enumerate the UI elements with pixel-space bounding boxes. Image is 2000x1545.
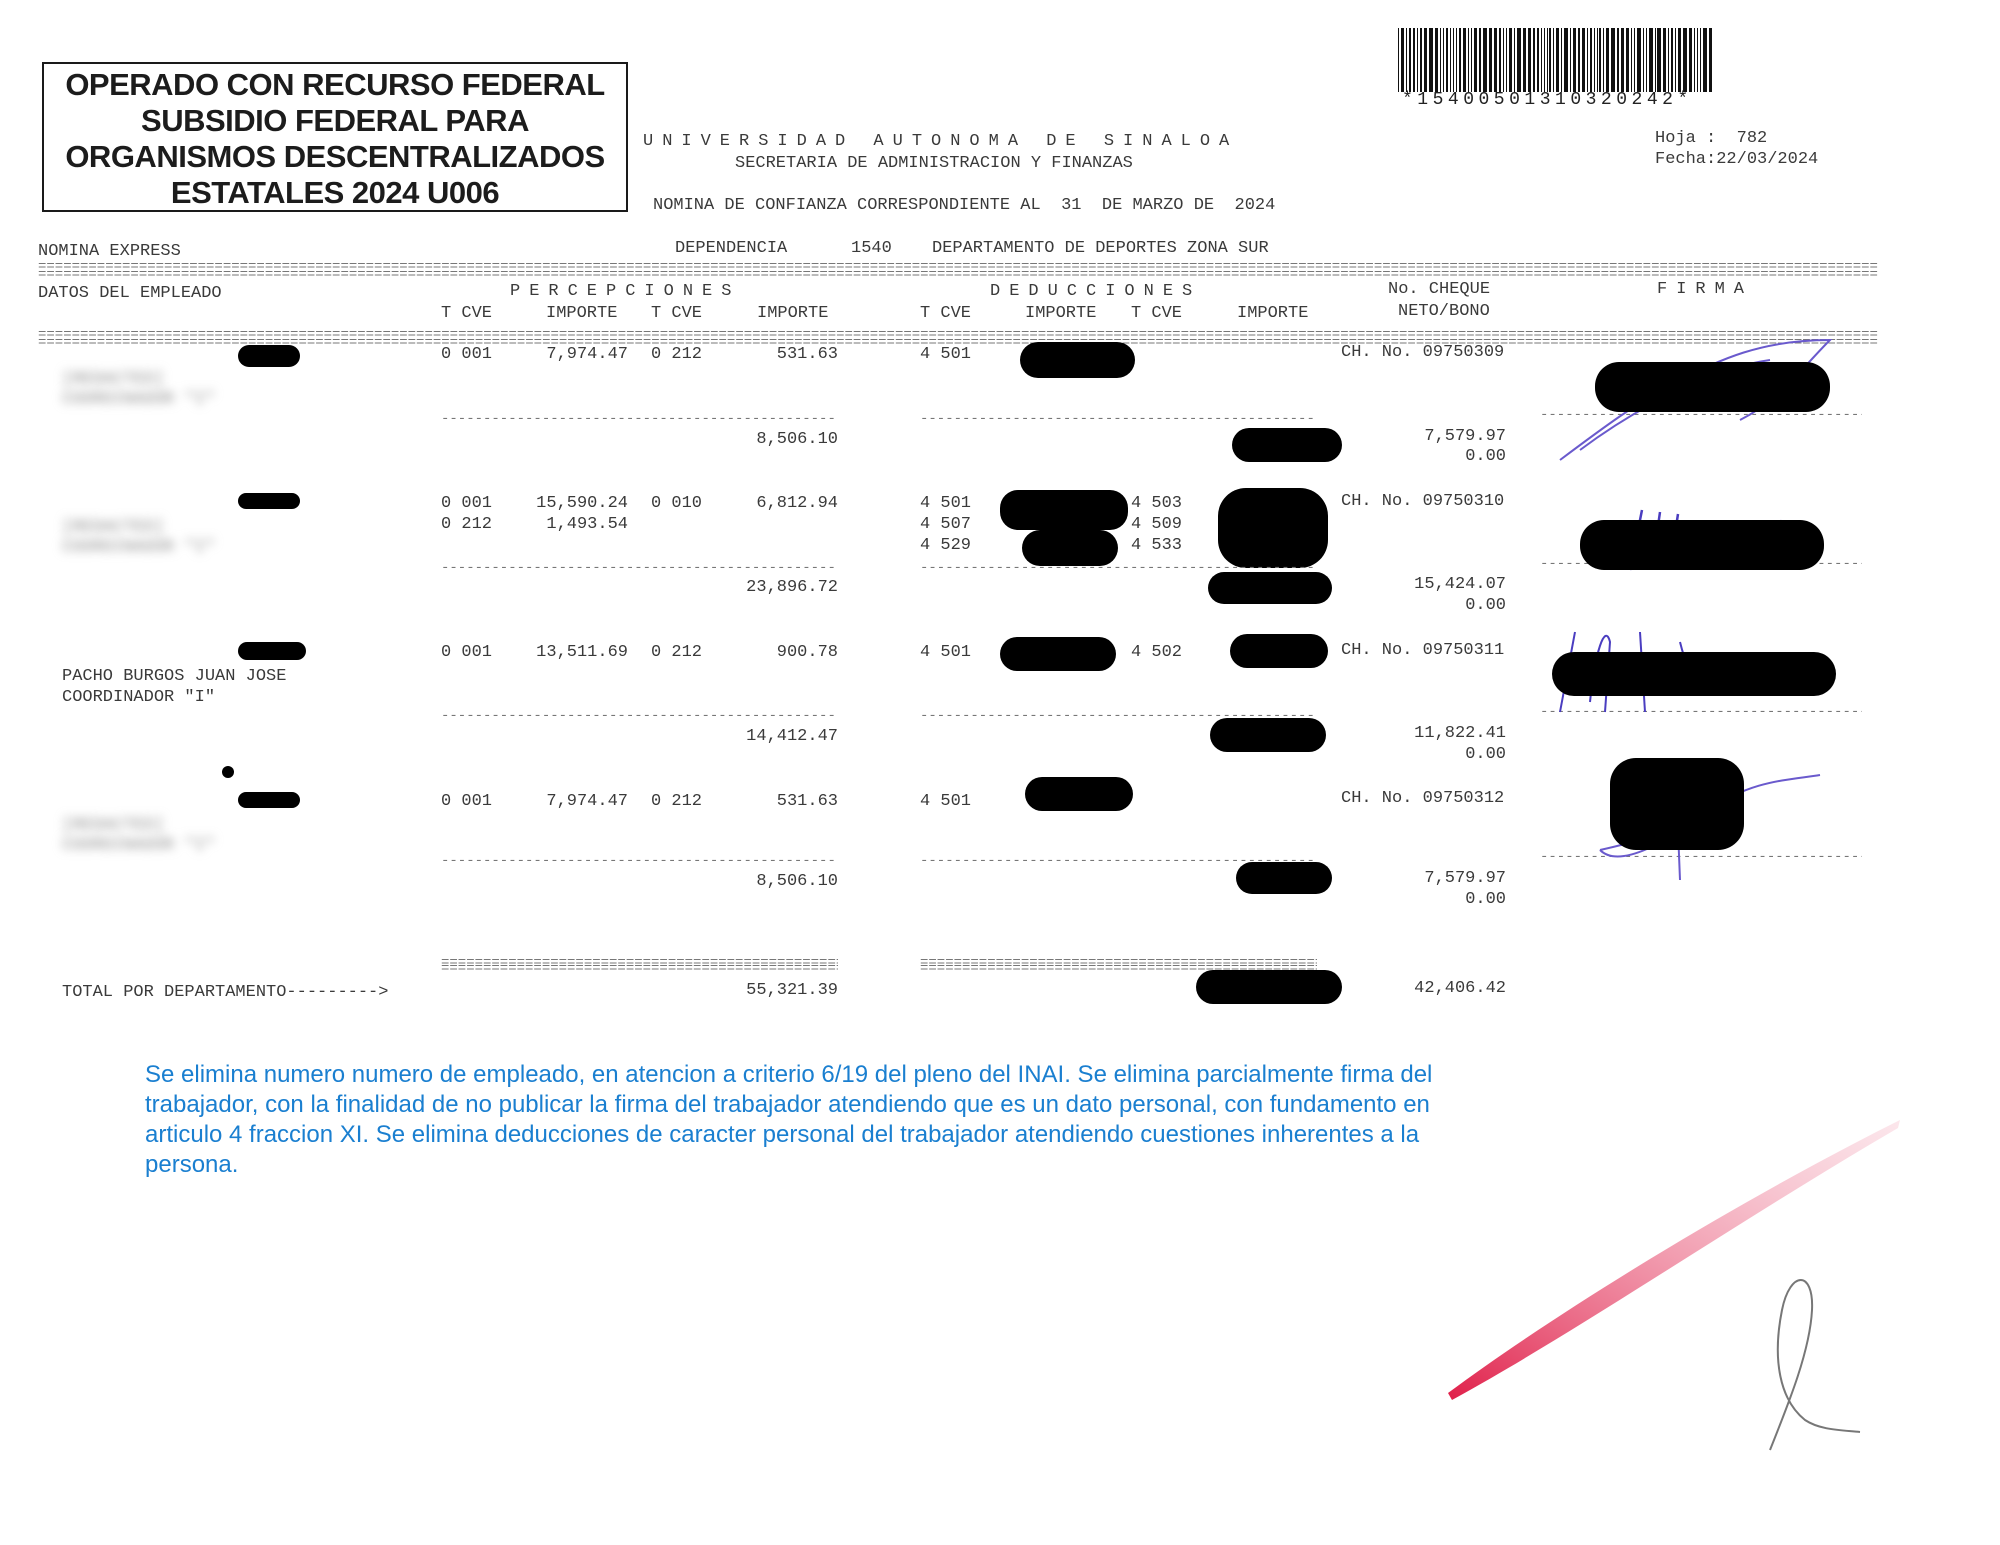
- barcode-bar: [1503, 28, 1504, 92]
- perc-cve: 001: [461, 643, 492, 662]
- redaction-employee-number: [238, 792, 300, 808]
- perc-cve: 001: [461, 494, 492, 513]
- redaction-deduction: [1000, 637, 1116, 671]
- col-t-cve: T CVE: [920, 304, 971, 323]
- hoja-value: 782: [1737, 129, 1768, 148]
- perc-cve: 212: [671, 643, 702, 662]
- ded-cve: 502: [1151, 643, 1182, 662]
- employee-position: COORDINADOR "I": [62, 538, 215, 557]
- barcode-bar: [1631, 28, 1632, 92]
- barcode-bar: [1479, 28, 1481, 92]
- perc-importe: 15,590.24: [520, 494, 628, 513]
- dependencia-code: 1540: [851, 239, 892, 258]
- col-neto-bono: NETO/BONO: [1398, 302, 1490, 321]
- barcode-bar: [1678, 28, 1681, 92]
- redaction-employee-number: [238, 493, 300, 509]
- barcode-bar: [1570, 28, 1571, 92]
- barcode-bar: [1564, 28, 1567, 92]
- ded-cve: 529: [940, 536, 971, 555]
- barcode-bar: [1494, 28, 1497, 92]
- barcode-bar: [1533, 28, 1535, 92]
- redaction-deduction: [1000, 490, 1128, 530]
- ded-cve: 501: [940, 792, 971, 811]
- total-neto-departamento: 42,406.42: [1380, 979, 1506, 998]
- redaction-deduction: [1020, 342, 1135, 378]
- barcode-bar: [1556, 28, 1559, 92]
- neto-amount: 11,822.41: [1380, 724, 1506, 743]
- perc-cve: 010: [671, 494, 702, 513]
- total-percepciones: 8,506.10: [728, 872, 838, 891]
- perc-cve: 001: [461, 792, 492, 811]
- ded-cve: 533: [1151, 536, 1182, 555]
- barcode-bar: [1440, 28, 1441, 92]
- barcode-bar: [1456, 28, 1457, 92]
- fecha-label: Fecha:: [1655, 150, 1716, 169]
- ded-t: 4: [920, 536, 930, 555]
- stamp-line: ORGANISMOS DESCENTRALIZADOS: [44, 139, 626, 175]
- perc-cve: 212: [461, 515, 492, 534]
- total-percepciones: 8,506.10: [728, 430, 838, 449]
- perc-t: 0: [651, 643, 661, 662]
- redaction-total-deducciones: [1208, 572, 1332, 604]
- perc-t: 0: [441, 345, 451, 364]
- total-percepciones: 23,896.72: [728, 578, 838, 597]
- barcode-bar: [1626, 28, 1629, 92]
- barcode-bar: [1611, 28, 1614, 92]
- col-importe: IMPORTE: [546, 304, 617, 323]
- barcode-bar: [1506, 28, 1507, 92]
- stamp-line: OPERADO CON RECURSO FEDERAL: [44, 67, 626, 103]
- bono-amount: 0.00: [1380, 745, 1506, 764]
- ded-t: 4: [1131, 536, 1141, 555]
- col-percepciones: PERCEPCIONES: [510, 282, 740, 301]
- double-rule: ========================================…: [441, 964, 838, 974]
- barcode-bar: [1590, 28, 1592, 92]
- bono-amount: 0.00: [1380, 447, 1506, 466]
- barcode-bar: [1646, 28, 1647, 92]
- barcode-icon: [1398, 28, 1714, 92]
- barcode-bar: [1401, 28, 1404, 92]
- barcode-bar: [1409, 28, 1411, 92]
- ded-t: 4: [920, 792, 930, 811]
- barcode-bar: [1617, 28, 1619, 92]
- barcode-bar: [1549, 28, 1551, 92]
- ded-t: 4: [920, 643, 930, 662]
- perc-t: 0: [441, 515, 451, 534]
- col-t-cve: T CVE: [441, 304, 492, 323]
- total-label: TOTAL POR DEPARTAMENTO--------->: [62, 983, 388, 1002]
- barcode-bar: [1499, 28, 1501, 92]
- perc-importe: 531.63: [728, 345, 838, 364]
- perc-t: 0: [441, 792, 451, 811]
- redaction-signature: [1595, 362, 1830, 412]
- barcode-bar: [1700, 28, 1702, 92]
- ded-cve: 503: [1151, 494, 1182, 513]
- barcode-bar: [1621, 28, 1624, 92]
- redaction-employee-number: [238, 345, 300, 367]
- col-deducciones: DEDUCCIONES: [990, 282, 1201, 301]
- col-importe: IMPORTE: [1025, 304, 1096, 323]
- dashed-rule: ----------------------------------------…: [441, 856, 838, 866]
- nomina-type: NOMINA EXPRESS: [38, 242, 181, 261]
- col-t-cve: T CVE: [1131, 304, 1182, 323]
- barcode-bar: [1694, 28, 1695, 92]
- col-firma: FIRMA: [1657, 280, 1753, 299]
- pencil-initial-icon: [1750, 1270, 1870, 1460]
- perc-cve: 212: [671, 345, 702, 364]
- barcode-bar: [1406, 28, 1407, 92]
- barcode-bar: [1471, 28, 1472, 92]
- barcode-bar: [1474, 28, 1477, 92]
- redaction-total-deducciones: [1196, 970, 1342, 1004]
- perc-importe: 13,511.69: [520, 643, 628, 662]
- barcode-bar: [1544, 28, 1545, 92]
- redaction-total-deducciones: [1236, 862, 1332, 894]
- ded-cve: 501: [940, 345, 971, 364]
- bono-amount: 0.00: [1380, 890, 1506, 909]
- ded-t: 4: [920, 494, 930, 513]
- barcode-bar: [1675, 28, 1676, 92]
- redaction-deduction: [1230, 634, 1328, 668]
- fecha-field: Fecha:22/03/2024: [1655, 150, 1818, 169]
- employee-position: COORDINADOR "I": [62, 688, 215, 707]
- barcode-bar: [1424, 28, 1427, 92]
- barcode-bar: [1655, 28, 1656, 92]
- employee-position: COORDINADOR "I": [62, 836, 215, 855]
- redaction-total-deducciones: [1232, 428, 1342, 462]
- barcode-bar: [1509, 28, 1512, 92]
- neto-amount: 7,579.97: [1380, 427, 1506, 446]
- perc-importe: 6,812.94: [728, 494, 838, 513]
- barcode-bar: [1668, 28, 1669, 92]
- barcode-bar: [1657, 28, 1660, 92]
- redaction-signature: [1580, 520, 1824, 570]
- ded-t: 4: [1131, 494, 1141, 513]
- barcode-bar: [1489, 28, 1492, 92]
- barcode-bar: [1528, 28, 1531, 92]
- barcode-bar: [1398, 28, 1399, 92]
- secretaria-name: SECRETARIA DE ADMINISTRACION Y FINANZAS: [735, 154, 1133, 173]
- barcode-bar: [1429, 28, 1432, 92]
- ded-t: 4: [920, 515, 930, 534]
- double-rule: ========================================…: [38, 270, 1878, 280]
- barcode-bar: [1468, 28, 1469, 92]
- cheque-number: CH. No. 09750310: [1341, 492, 1504, 511]
- dashed-rule: ----------------------------------------…: [441, 563, 838, 573]
- perc-importe: 7,974.47: [520, 792, 628, 811]
- dependencia-name: DEPARTAMENTO DE DEPORTES ZONA SUR: [932, 239, 1269, 258]
- perc-cve: 212: [671, 792, 702, 811]
- stamp-line: SUBSIDIO FEDERAL PARA: [44, 103, 626, 139]
- barcode-bar: [1671, 28, 1673, 92]
- barcode-bar: [1663, 28, 1666, 92]
- barcode-bar: [1637, 28, 1640, 92]
- perc-t: 0: [651, 792, 661, 811]
- barcode-bar: [1413, 28, 1415, 92]
- barcode-bar: [1450, 28, 1451, 92]
- barcode-bar: [1683, 28, 1686, 92]
- federal-resource-stamp: OPERADO CON RECURSO FEDERAL SUBSIDIO FED…: [42, 62, 628, 212]
- total-percepciones-departamento: 55,321.39: [728, 981, 838, 1000]
- redaction-signature: [1610, 758, 1744, 850]
- barcode-bar: [1459, 28, 1461, 92]
- barcode-bar: [1594, 28, 1595, 92]
- ded-t: 4: [920, 345, 930, 364]
- ded-cve: 501: [940, 494, 971, 513]
- barcode-bar: [1553, 28, 1554, 92]
- barcode-bar: [1514, 28, 1515, 92]
- ded-t: 4: [1131, 515, 1141, 534]
- perc-t: 0: [441, 643, 451, 662]
- col-importe: IMPORTE: [757, 304, 828, 323]
- col-importe: IMPORTE: [1237, 304, 1308, 323]
- hoja-label: Hoja :: [1655, 129, 1716, 148]
- col-t-cve: T CVE: [651, 304, 702, 323]
- barcode-bar: [1578, 28, 1580, 92]
- perc-importe: 1,493.54: [520, 515, 628, 534]
- barcode-bar: [1582, 28, 1585, 92]
- barcode-bar: [1420, 28, 1422, 92]
- barcode-bar: [1561, 28, 1562, 92]
- cheque-number: CH. No. 09750309: [1341, 343, 1504, 362]
- barcode-bar: [1599, 28, 1601, 92]
- barcode-bar: [1435, 28, 1438, 92]
- university-name: UNIVERSIDAD AUTONOMA DE SINALOA: [643, 132, 1238, 151]
- redaction-signature: [1552, 652, 1836, 696]
- stamp-line: ESTATALES 2024 U006: [44, 175, 626, 211]
- barcode-bar: [1603, 28, 1604, 92]
- perc-t: 0: [441, 494, 451, 513]
- ded-cve: 507: [940, 515, 971, 534]
- fecha-value: 22/03/2024: [1716, 150, 1818, 169]
- barcode-bar: [1643, 28, 1645, 92]
- barcode-bar: [1709, 28, 1712, 92]
- redaction-total-deducciones: [1210, 718, 1326, 752]
- barcode-bar: [1453, 28, 1455, 92]
- barcode-bar: [1697, 28, 1698, 92]
- barcode-bar: [1649, 28, 1652, 92]
- dashed-rule: ----------------------------------------…: [441, 414, 838, 424]
- barcode-bar: [1417, 28, 1419, 92]
- perc-t: 0: [651, 345, 661, 364]
- redaction-employee-number: [238, 642, 306, 660]
- barcode-bar: [1517, 28, 1520, 92]
- barcode-bar: [1703, 28, 1706, 92]
- perc-cve: 001: [461, 345, 492, 364]
- total-percepciones: 14,412.47: [728, 727, 838, 746]
- barcode-bar: [1463, 28, 1466, 92]
- barcode-bar: [1634, 28, 1635, 92]
- barcode-number: *15400501310320242*: [1402, 90, 1693, 110]
- employee-name: PACHO BURGOS JUAN JOSE: [62, 667, 286, 686]
- neto-amount: 7,579.97: [1380, 869, 1506, 888]
- redaction-deduction: [1022, 530, 1118, 566]
- ded-t: 4: [1131, 643, 1141, 662]
- hoja-field: Hoja : 782: [1655, 129, 1767, 148]
- barcode-bar: [1483, 28, 1486, 92]
- barcode-bar: [1443, 28, 1444, 92]
- dashed-rule: ----------------------------------------…: [441, 711, 838, 721]
- perc-importe: 900.78: [728, 643, 838, 662]
- bono-amount: 0.00: [1380, 596, 1506, 615]
- barcode-bar: [1547, 28, 1548, 92]
- barcode-bar: [1541, 28, 1542, 92]
- redaction-dot: [222, 766, 234, 778]
- barcode-bar: [1446, 28, 1448, 92]
- barcode-bar: [1587, 28, 1588, 92]
- col-datos-empleado: DATOS DEL EMPLEADO: [38, 284, 222, 303]
- redaction-deduction: [1218, 488, 1328, 568]
- barcode-bar: [1597, 28, 1598, 92]
- barcode-bar: [1573, 28, 1576, 92]
- perc-importe: 531.63: [728, 792, 838, 811]
- employee-name: [REDACTED]: [62, 816, 164, 835]
- employee-name: [REDACTED]: [62, 518, 164, 537]
- cheque-number: CH. No. 09750312: [1341, 789, 1504, 808]
- ded-cve: 501: [940, 643, 971, 662]
- employee-position: COORDINADOR "I": [62, 390, 215, 409]
- redaction-deduction: [1025, 777, 1133, 811]
- cheque-number: CH. No. 09750311: [1341, 641, 1504, 660]
- dependencia-label: DEPENDENCIA: [675, 239, 787, 258]
- barcode-bar: [1689, 28, 1692, 92]
- barcode-bar: [1523, 28, 1526, 92]
- dashed-rule: ----------------------------------------…: [920, 414, 1317, 424]
- redaction-legal-note: Se elimina numero numero de empleado, en…: [145, 1060, 1445, 1180]
- barcode-bar: [1537, 28, 1539, 92]
- perc-importe: 7,974.47: [520, 345, 628, 364]
- nomina-title: NOMINA DE CONFIANZA CORRESPONDIENTE AL 3…: [653, 196, 1275, 215]
- ded-cve: 509: [1151, 515, 1182, 534]
- barcode-bar: [1606, 28, 1609, 92]
- employee-name: [REDACTED]: [62, 370, 164, 389]
- perc-t: 0: [651, 494, 661, 513]
- col-no-cheque: No. CHEQUE: [1388, 280, 1490, 299]
- neto-amount: 15,424.07: [1380, 575, 1506, 594]
